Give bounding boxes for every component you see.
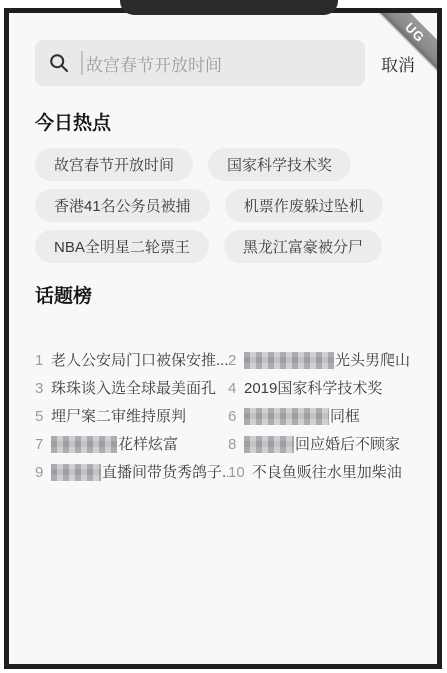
hot-topic-pill[interactable]: NBA全明星二轮票王: [35, 230, 209, 263]
topic-rank-item[interactable]: 7 花样炫富: [35, 436, 228, 453]
pill-row: NBA全明星二轮票王 黑龙江富豪被分尸: [35, 230, 417, 263]
topic-rank-number: 1: [35, 352, 44, 369]
hot-topic-pill[interactable]: 机票作废躲过坠机: [225, 189, 383, 222]
cancel-button[interactable]: 取消: [381, 51, 415, 76]
topic-rank-item[interactable]: 10 不良鱼贩往水里加柴油: [228, 464, 423, 481]
search-icon: [49, 53, 69, 73]
topic-rank-item[interactable]: 6 同框: [228, 408, 423, 425]
censored-text: [51, 436, 117, 453]
hot-topic-pill[interactable]: 香港41名公务员被捕: [35, 189, 210, 222]
topic-rank-item[interactable]: 8 回应婚后不顾家: [228, 436, 423, 453]
topic-text: 珠珠谈入选全球最美面孔: [51, 380, 216, 397]
search-input[interactable]: 故宫春节开放时间: [35, 40, 365, 86]
topic-rank-number: 3: [35, 380, 44, 397]
topic-rank-number: 7: [35, 436, 44, 453]
topic-rank-item[interactable]: 4 2019国家科学技术奖: [228, 380, 423, 397]
topic-text: 不良鱼贩往水里加柴油: [252, 464, 402, 481]
topic-rank-number: 5: [35, 408, 44, 425]
topic-rank-list: 1 老人公安局门口被保安推... 2 光头男爬山 3 珠珠谈入选全球最美面孔 4…: [35, 352, 423, 481]
topic-text: 老人公安局门口被保安推...: [51, 352, 228, 369]
topic-rank-number: 9: [35, 464, 44, 481]
topic-rank-item[interactable]: 3 珠珠谈入选全球最美面孔: [35, 380, 228, 397]
hot-topics-pills: 故宫春节开放时间 国家科学技术奖 香港41名公务员被捕 机票作废躲过坠机 NBA…: [35, 148, 417, 263]
search-row: 故宫春节开放时间 取消: [35, 40, 415, 86]
topic-text: 花样炫富: [118, 436, 178, 453]
hot-topics-title: 今日热点: [35, 108, 437, 135]
hot-topic-pill[interactable]: 故宫春节开放时间: [35, 148, 193, 181]
topic-rank-item[interactable]: 9 直播间带货秀鸽子...: [35, 464, 228, 481]
phone-notch: [120, 0, 338, 15]
topic-text: 同框: [330, 408, 360, 425]
topic-rank-number: 4: [228, 380, 237, 397]
censored-text: [51, 464, 101, 481]
topic-rank-number: 10: [228, 464, 245, 481]
topic-text: 光头男爬山: [335, 352, 410, 369]
hot-topic-pill[interactable]: 国家科学技术奖: [208, 148, 351, 181]
censored-text: [244, 352, 334, 369]
censored-text: [244, 408, 329, 425]
topic-text: 2019国家科学技术奖: [244, 380, 382, 397]
topic-rank-item[interactable]: 1 老人公安局门口被保安推...: [35, 352, 228, 369]
censored-text: [244, 436, 294, 453]
pill-row: 故宫春节开放时间 国家科学技术奖: [35, 148, 417, 181]
pill-row: 香港41名公务员被捕 机票作废躲过坠机: [35, 189, 417, 222]
hot-topic-pill[interactable]: 黑龙江富豪被分尸: [224, 230, 382, 263]
topic-rank-number: 6: [228, 408, 237, 425]
topic-rank-item[interactable]: 5 埋尸案二审维持原判: [35, 408, 228, 425]
topic-rank-title: 话题榜: [35, 281, 437, 308]
app-screen: UG 故宫春节开放时间 取消 今日热点 故宫春节开放时间 国家科学技术奖 香港4…: [4, 8, 442, 669]
search-placeholder: 故宫春节开放时间: [86, 51, 222, 76]
text-cursor: [81, 51, 83, 75]
topic-rank-number: 8: [228, 436, 237, 453]
topic-text: 直播间带货秀鸽子...: [102, 464, 228, 481]
topic-text: 埋尸案二审维持原判: [51, 408, 186, 425]
topic-text: 回应婚后不顾家: [295, 436, 400, 453]
topic-rank-item[interactable]: 2 光头男爬山: [228, 352, 423, 369]
topic-rank-number: 2: [228, 352, 237, 369]
